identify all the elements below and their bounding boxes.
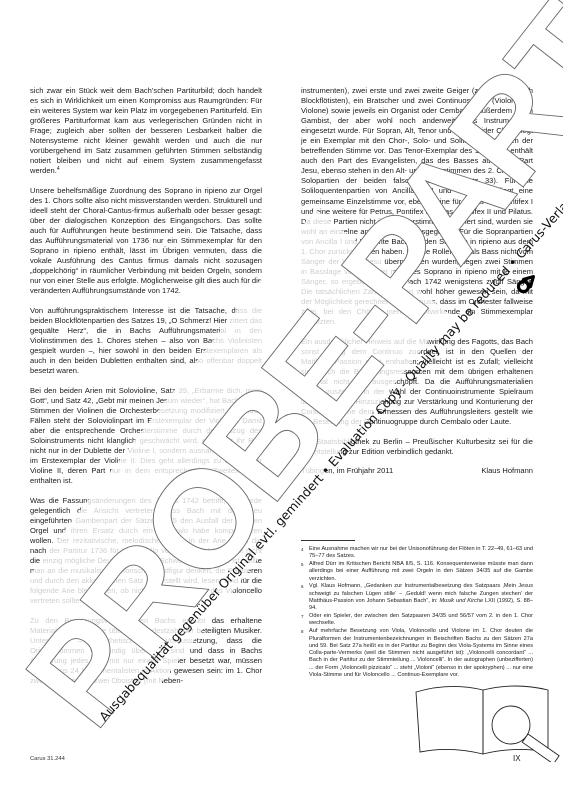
paragraph: Ein ausdrücklicher Hinweis auf die Mitwi…	[301, 337, 533, 427]
footnote: 6Vgl. Klaus Hofmann, „Gedanken zur Instr…	[301, 583, 533, 612]
left-text-column: sich zwar ein Stück weit dem Bach’schen …	[30, 86, 262, 696]
paragraph: Was die Fassungsänderungen des Jahres 17…	[30, 496, 262, 607]
footnote-ref[interactable]: 6	[82, 596, 85, 602]
paragraph: sich zwar ein Stück weit dem Bach’schen …	[30, 86, 262, 176]
paragraph: Unsere behelfsmäßige Zuordnung des Sopra…	[30, 186, 262, 297]
signoff: Tübingen, im Frühjahr 2011 Klaus Hofmann	[301, 466, 533, 476]
book-magnifier-icon	[410, 682, 560, 762]
footnotes: 4Eine Ausnahme machen wir nur bei der Un…	[301, 540, 533, 680]
paragraph: Bei den beiden Arien mit Solovioline, Sa…	[30, 386, 262, 486]
right-text-column: instrumenten), zwei erste und zwei zweit…	[301, 86, 533, 476]
paragraph: Der Staatsbibliothek zu Berlin – Preußis…	[301, 437, 533, 457]
catalog-number: Carus 31.244	[30, 756, 65, 762]
footnote: 5Alfred Dürr im Kritischen Bericht NBA I…	[301, 561, 533, 583]
footnote: 4Eine Ausnahme machen wir nur bei der Un…	[301, 546, 533, 561]
paragraph: Von aufführungspraktischem Interesse ist…	[30, 306, 262, 376]
footnote: 7Oder ein Spieler, der zwischen den Satz…	[301, 613, 533, 628]
paragraph: Zu den Besetzungsverhältnissen Bachs erl…	[30, 616, 262, 686]
footnote-divider	[301, 540, 355, 541]
author: Klaus Hofmann	[481, 466, 533, 476]
footnote-ref[interactable]: 4	[57, 166, 60, 172]
paragraph: instrumenten), zwei erste und zwei zweit…	[301, 86, 533, 327]
place-date: Tübingen, im Frühjahr 2011	[301, 466, 393, 476]
footnote: 8Auf mehrfache Besetzung von Viola, Viol…	[301, 628, 533, 679]
